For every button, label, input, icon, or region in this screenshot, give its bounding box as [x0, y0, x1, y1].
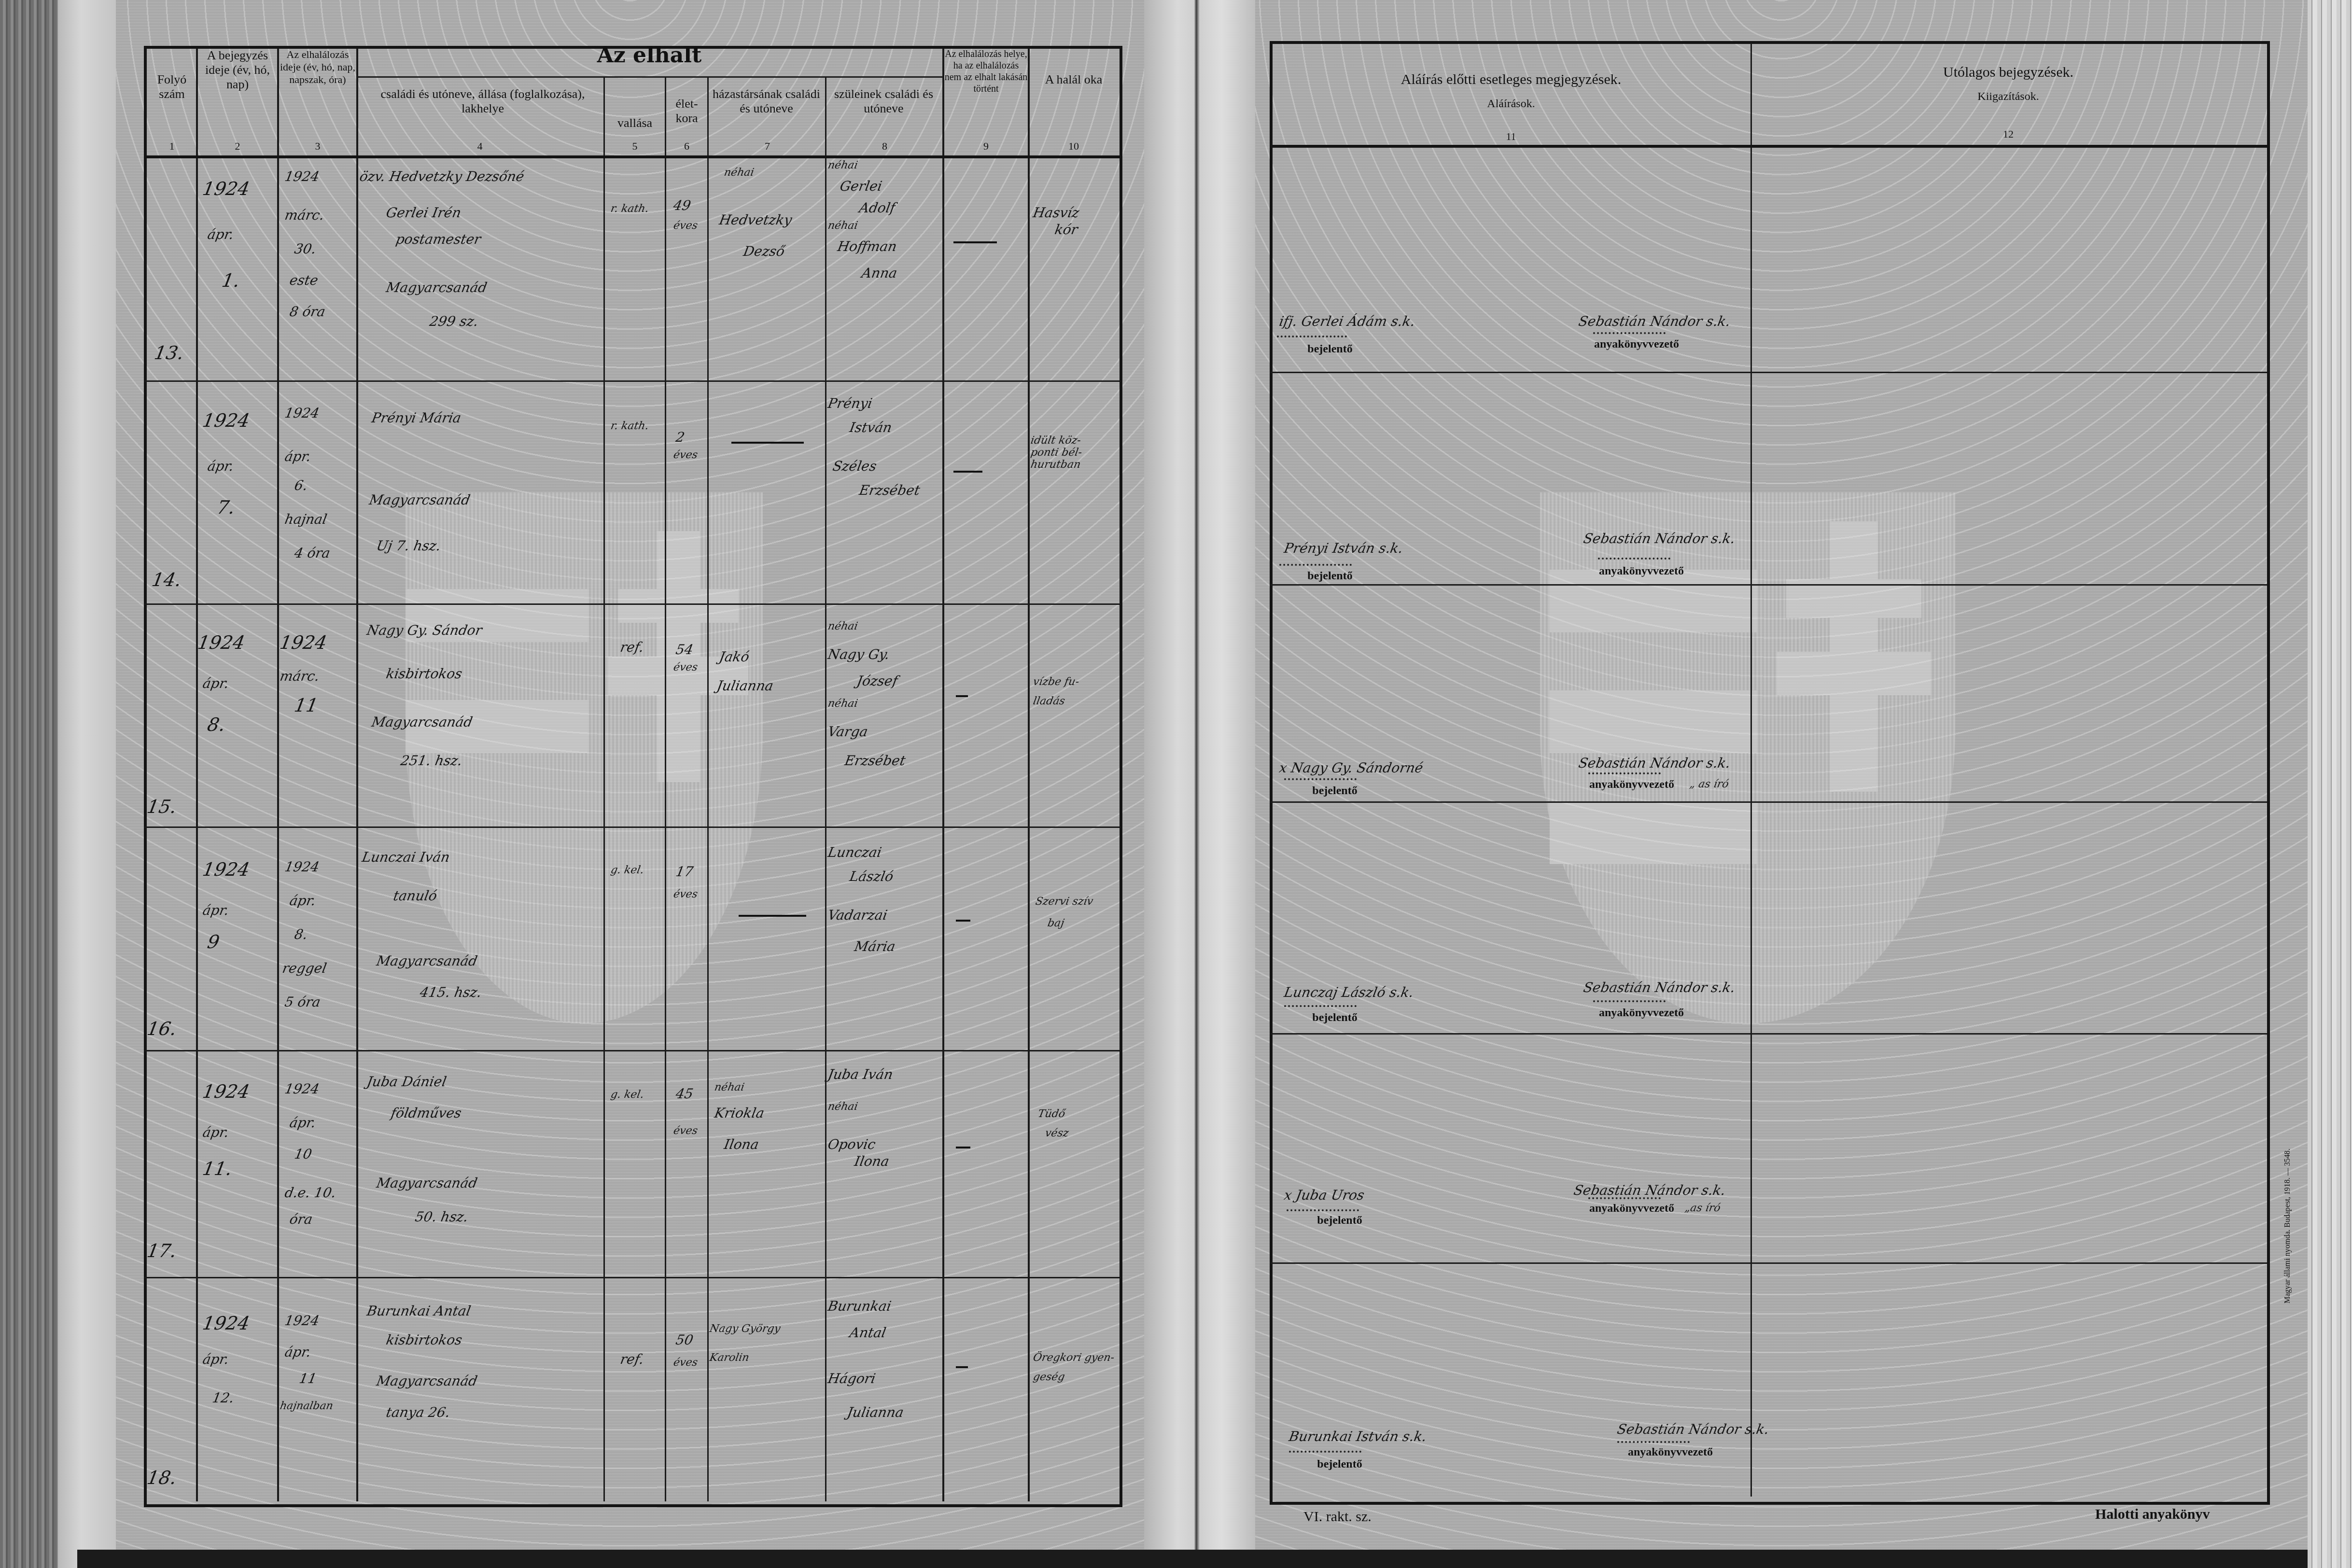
signature-line [1289, 1451, 1361, 1453]
death-year: 1924 [278, 632, 328, 653]
religion: r. kath. [610, 420, 650, 433]
entry-number: 17. [145, 1241, 178, 1261]
cause-of-death: idült köz- [1030, 434, 1082, 447]
cause-of-death: hurutban [1030, 459, 1082, 471]
entry-year: 1924 [201, 410, 251, 431]
cause-of-death: Öregkori gyen- [1032, 1352, 1116, 1364]
death-hour: 8 óra [288, 304, 326, 320]
deceased-house-number: tanya 26. [385, 1405, 451, 1420]
death-daypart: este [288, 273, 319, 288]
death-month: ápr. [288, 1115, 317, 1131]
parent-line: Anna [860, 266, 898, 281]
death-daypart: hajnalban [279, 1400, 334, 1413]
declarant-signature: Prényi István s.k. [1283, 541, 1404, 556]
spouse-line: Karolin [709, 1352, 750, 1364]
registrar-label: anyakönyvvezető [1593, 565, 1690, 578]
deceased-occupation: kisbirtokos [385, 1332, 463, 1348]
entry-month: ápr. [201, 1352, 230, 1367]
column-divider [825, 77, 826, 1501]
signature-line [1277, 336, 1347, 337]
deceased-residence: Magyarcsanád [368, 492, 471, 508]
signature-line [1593, 1000, 1666, 1002]
parent-line: Hágori [826, 1371, 877, 1386]
death-daypart: hajnal [283, 512, 328, 527]
column-divider [665, 77, 666, 1501]
row-divider [144, 826, 1120, 828]
entry-number: 14. [150, 570, 183, 590]
deceased-house-number: 415. hsz. [419, 985, 483, 1000]
signature-line [1284, 778, 1357, 780]
religion: ref. [619, 640, 645, 655]
header-col11-subtitle: Aláírások. [1274, 97, 1748, 111]
registrar-signature: Sebastián Nándor s.k. [1577, 314, 1732, 329]
book-gutter [1144, 0, 1255, 1550]
death-year: 1924 [283, 169, 321, 184]
death-month: márc. [279, 669, 321, 684]
place-dash [956, 695, 968, 697]
cause-of-death: kór [1053, 222, 1079, 238]
column-number: 1 [148, 140, 196, 153]
register-title: Halotti anyakönyv [2095, 1506, 2210, 1523]
declarant-signature: x Nagy Gy. Sándorné [1278, 760, 1424, 776]
parent-line: Mária [853, 939, 896, 954]
registrar-note: „ as író [1689, 778, 1730, 791]
row-divider [1270, 584, 2267, 586]
death-day: 30. [293, 241, 317, 257]
header-col7: házastársának családi és utóneve [710, 87, 823, 116]
deceased-name: Prényi Mária [370, 410, 462, 426]
deceased-occupation: postamester [394, 232, 482, 247]
death-register-table-left [144, 46, 1122, 1507]
parent-line: József [855, 673, 899, 689]
deceased-house-number: Uj 7. hsz. [375, 538, 442, 554]
column-number: 9 [944, 140, 1028, 153]
cause-of-death: Hasvíz [1032, 205, 1080, 221]
column-number: 8 [827, 140, 942, 153]
registrar-note: „as író [1684, 1202, 1722, 1215]
entry-month: ápr. [201, 903, 230, 918]
column-divider [942, 48, 944, 1501]
declarant-signature: ifj. Gerlei Ádám s.k. [1278, 314, 1416, 329]
death-hour: 4 óra [293, 546, 331, 561]
entry-month: ápr. [206, 459, 235, 474]
register-shelf-number: VI. rakt. sz. [1303, 1509, 1372, 1525]
header-col1: Folyó szám [148, 72, 196, 101]
place-dash [956, 920, 970, 922]
signature-line [1598, 558, 1670, 560]
column-divider [1028, 48, 1030, 1501]
header-bottom-rule [144, 155, 1120, 158]
death-hour: óra [288, 1212, 314, 1227]
deceased-name: özv. Hedvetzky Dezsőné [358, 169, 525, 184]
parent-line: néhai [827, 159, 859, 172]
header-subdivider [356, 76, 942, 78]
deceased-occupation: földműves [390, 1106, 462, 1121]
parent-line: Burunkai [826, 1299, 892, 1314]
age-unit: éves [672, 1125, 699, 1137]
entry-number: 16. [145, 1019, 178, 1039]
deceased-residence: Magyarcsanád [375, 953, 478, 969]
column-number: 6 [666, 140, 707, 153]
registrar-label: anyakönyvvezető [1583, 778, 1680, 791]
registrar-label: anyakönyvvezető [1588, 338, 1685, 351]
header-col5: vallása [605, 116, 665, 130]
entry-month: ápr. [206, 227, 235, 242]
registrar-label: anyakönyvvezető [1593, 1007, 1690, 1020]
header-col11-title: Aláírás előtti esetleges megjegyzések. [1274, 72, 1748, 87]
declarant-label: bejelentő [1299, 1011, 1371, 1024]
place-dash [953, 241, 997, 243]
death-month: ápr. [283, 1344, 312, 1360]
header-col2: A bejegyzés ideje (év, hó, nap) [198, 48, 277, 92]
row-divider [1270, 801, 2267, 803]
spouse-dash [739, 915, 806, 917]
column-divider [196, 48, 198, 1501]
column-number: 4 [356, 140, 603, 153]
place-dash [953, 471, 982, 473]
age-unit: éves [672, 220, 699, 232]
column-number: 3 [279, 140, 356, 153]
entry-day: 11. [201, 1159, 234, 1179]
declarant-label: bejelentő [1303, 1214, 1376, 1227]
death-month: ápr. [288, 893, 317, 909]
death-day: 6. [293, 478, 308, 493]
header-az-elhalt: Az elhalt [356, 48, 942, 63]
religion: g. kel. [610, 1089, 645, 1101]
signature-line [1284, 1005, 1357, 1007]
spouse-line: Ilona [723, 1137, 760, 1152]
header-col4: családi és utóneve, állása (foglalkozása… [367, 87, 599, 116]
book-margin-left [58, 0, 116, 1568]
deceased-residence: Magyarcsanád [370, 714, 474, 730]
spouse-line: néhai [714, 1081, 745, 1094]
cause-of-death: vízbe fu- [1032, 676, 1080, 688]
row-divider [1270, 1033, 2267, 1035]
parent-line: néhai [827, 698, 859, 710]
column-divider [356, 48, 358, 1501]
row-divider [144, 380, 1120, 382]
declarant-signature: Burunkai István s.k. [1288, 1429, 1428, 1444]
deceased-occupation: kisbirtokos [385, 666, 463, 682]
header-col10: A halál oka [1030, 72, 1118, 87]
entry-year: 1924 [201, 179, 251, 199]
age-unit: éves [672, 888, 699, 901]
parent-line: Gerlei [839, 179, 883, 194]
entry-number: 18. [145, 1468, 178, 1488]
cause-of-death: Szervi szív [1035, 896, 1094, 908]
age-unit: éves [672, 449, 699, 462]
death-day: 10 [293, 1147, 313, 1162]
parent-line: István [848, 420, 893, 435]
column-divider [603, 77, 605, 1501]
parent-line: Juba Iván [826, 1067, 894, 1082]
book-page-edges-right [2308, 0, 2352, 1568]
deceased-residence: Magyarcsanád [375, 1176, 478, 1191]
parent-line: néhai [827, 1101, 859, 1113]
column-number: 2 [198, 140, 277, 153]
entry-day: 8. [206, 714, 227, 735]
deceased-name: Juba Dániel [365, 1074, 448, 1090]
header-col8: szüleinek családi és utóneve [827, 87, 940, 116]
column-number: 7 [710, 140, 825, 153]
parent-line: Varga [826, 724, 869, 740]
religion: ref. [619, 1352, 645, 1367]
signature-line [1287, 1209, 1359, 1211]
age: 54 [674, 642, 694, 658]
declarant-label: bejelentő [1294, 343, 1366, 356]
parent-line: Adolf [858, 200, 896, 216]
death-year: 1924 [283, 406, 321, 421]
row-divider [1270, 372, 2267, 373]
signature-line [1593, 332, 1666, 334]
spouse-line: Hedvetzky [718, 212, 793, 228]
deceased-name: Nagy Gy. Sándor [365, 623, 483, 638]
age-unit: éves [672, 661, 699, 674]
parent-line: Opovic [826, 1137, 877, 1152]
entry-year: 1924 [201, 1313, 251, 1333]
header-col12-subtitle: Kiigazítások. [1752, 89, 2264, 104]
parent-line: László [848, 869, 895, 884]
book-page-edges-left [0, 0, 58, 1568]
spouse-line: Nagy György [709, 1323, 782, 1335]
death-daypart: reggel [281, 961, 328, 976]
declarant-signature: Lunczaj László s.k. [1283, 985, 1414, 1000]
registrar-signature: Sebastián Nándor s.k. [1582, 531, 1736, 546]
parent-line: Lunczai [826, 845, 882, 860]
parent-line: néhai [827, 220, 859, 232]
death-day: 8. [293, 927, 308, 942]
entry-month: ápr. [201, 1125, 230, 1140]
header-col12-title: Utólagos bejegyzések. [1752, 65, 2264, 80]
column-divider [1750, 43, 1752, 1497]
row-divider [1270, 1262, 2267, 1264]
printer-imprint: Magyar állami nyomda. Budapest, 1918. — … [2283, 1148, 2292, 1303]
registrar-signature: Sebastián Nándor s.k. [1577, 756, 1732, 771]
deceased-maiden-name: Gerlei Irén [385, 205, 462, 221]
death-year: 1924 [283, 859, 321, 875]
entry-month: ápr. [201, 676, 230, 691]
header-bottom-rule [1270, 145, 2267, 148]
row-divider [144, 1050, 1120, 1051]
spouse-line: Jakó [718, 649, 750, 665]
age: 49 [672, 198, 692, 213]
cause-of-death: baj [1047, 917, 1065, 930]
entry-year: 1924 [196, 632, 246, 653]
column-number: 5 [605, 140, 665, 153]
cause-of-death: lladás [1032, 695, 1066, 708]
declarant-label: bejelentő [1303, 1458, 1376, 1471]
registrar-signature: Sebastián Nándor s.k. [1582, 980, 1736, 995]
entry-number: 15. [145, 797, 178, 817]
parent-line: Antal [848, 1325, 887, 1341]
parent-line: Ilona [853, 1154, 890, 1169]
signature-line [1617, 1441, 1690, 1443]
parent-line: Erzsébet [858, 483, 921, 498]
deceased-name: Lunczai Iván [361, 850, 451, 865]
cause-of-death: Tüdő [1037, 1108, 1066, 1120]
parent-line: Julianna [846, 1405, 905, 1420]
column-number: 10 [1030, 140, 1118, 153]
spouse-line: Julianna [715, 678, 774, 694]
declarant-signature: x Juba Uros [1283, 1188, 1365, 1203]
spouse-line: néhai [723, 167, 755, 179]
entry-year: 1924 [201, 859, 251, 880]
book-cover-bottom [77, 1550, 2308, 1568]
parent-line: néhai [827, 620, 859, 633]
spouse-dash [731, 442, 804, 444]
entry-day: 12. [211, 1390, 235, 1406]
registrar-signature: Sebastián Nándor s.k. [1616, 1422, 1770, 1437]
header-col3: Az elhalálozás ideje (év, hó, nap, napsz… [279, 48, 356, 86]
cause-of-death: vész [1044, 1127, 1070, 1140]
place-dash [956, 1366, 968, 1368]
entry-number: 13. [153, 343, 185, 363]
death-year: 1924 [283, 1313, 321, 1329]
column-number: 11 [1274, 130, 1748, 143]
column-divider [707, 77, 709, 1501]
deceased-residence: Magyarcsanád [385, 280, 488, 295]
place-dash [956, 1147, 970, 1148]
deceased-residence: Magyarcsanád [375, 1373, 478, 1389]
death-day: 11 [293, 695, 320, 715]
death-month: márc. [283, 208, 325, 223]
deceased-house-number: 50. hsz. [414, 1209, 469, 1225]
signature-line [1588, 772, 1661, 774]
registrar-label: anyakönyvvezető [1583, 1202, 1680, 1215]
entry-day: 7. [215, 497, 237, 518]
death-month: ápr. [283, 449, 312, 464]
age: 50 [674, 1332, 694, 1348]
registrar-signature: Sebastián Nándor s.k. [1572, 1183, 1727, 1198]
row-divider [144, 603, 1120, 605]
parent-line: Prényi [826, 396, 873, 411]
registrar-label: anyakönyvvezető [1622, 1446, 1719, 1459]
declarant-label: bejelentő [1299, 784, 1371, 798]
signature-line [1588, 1197, 1661, 1199]
cause-of-death: geség [1032, 1371, 1066, 1384]
cause-of-death: ponti bél- [1030, 447, 1083, 459]
spouse-line: Dezső [742, 244, 786, 259]
header-col9: Az elhalálozás helye, ha az elhalálozás … [944, 48, 1028, 95]
religion: g. kel. [610, 864, 645, 877]
column-divider [277, 48, 279, 1501]
column-number: 12 [1752, 128, 2264, 140]
parent-line: Hoffman [836, 239, 898, 254]
death-hour: 5 óra [283, 994, 322, 1010]
header-col6: élet-kora [666, 97, 707, 126]
declarant-label: bejelentő [1294, 570, 1366, 583]
death-daypart: d.e. 10. [283, 1185, 337, 1201]
deceased-house-number: 251. hsz. [399, 753, 463, 769]
deceased-occupation: tanuló [392, 888, 438, 904]
deceased-name: Burunkai Antal [365, 1303, 472, 1319]
religion: r. kath. [610, 203, 650, 215]
deceased-house-number: 299 sz. [428, 314, 479, 329]
spouse-line: Kriokla [713, 1106, 765, 1121]
signature-line [1279, 564, 1352, 566]
death-year: 1924 [283, 1081, 321, 1097]
age-unit: éves [672, 1357, 699, 1369]
death-day: 11 [298, 1371, 318, 1386]
entry-day: 1. [220, 270, 241, 291]
parent-line: Széles [831, 459, 878, 474]
entry-year: 1924 [201, 1081, 251, 1102]
parent-line: Vadarzai [826, 908, 888, 923]
parent-line: Nagy Gy. [826, 647, 891, 662]
row-divider [144, 1277, 1120, 1278]
parent-line: Erzsébet [843, 753, 907, 769]
age: 17 [674, 864, 694, 880]
age: 45 [674, 1086, 694, 1102]
